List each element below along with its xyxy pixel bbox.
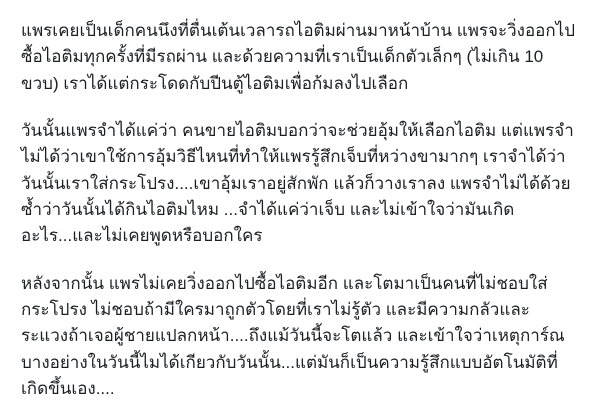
post-paragraph-2: วันนั้นแพรจำได้แค่ว่า คนขายไอติมบอกว่าจะ… <box>21 118 576 250</box>
post-paragraph-1: แพรเคยเป็นเด็กคนนึงที่ตื่นเต้นเวลารถไอติ… <box>21 18 576 97</box>
post-text: แพรเคยเป็นเด็กคนนึงที่ตื่นเต้นเวลารถไอติ… <box>0 0 600 402</box>
post-paragraph-3: หลังจากนั้น แพรไม่เคยวิ่งออกไปซื้อไอติมอ… <box>21 271 576 403</box>
